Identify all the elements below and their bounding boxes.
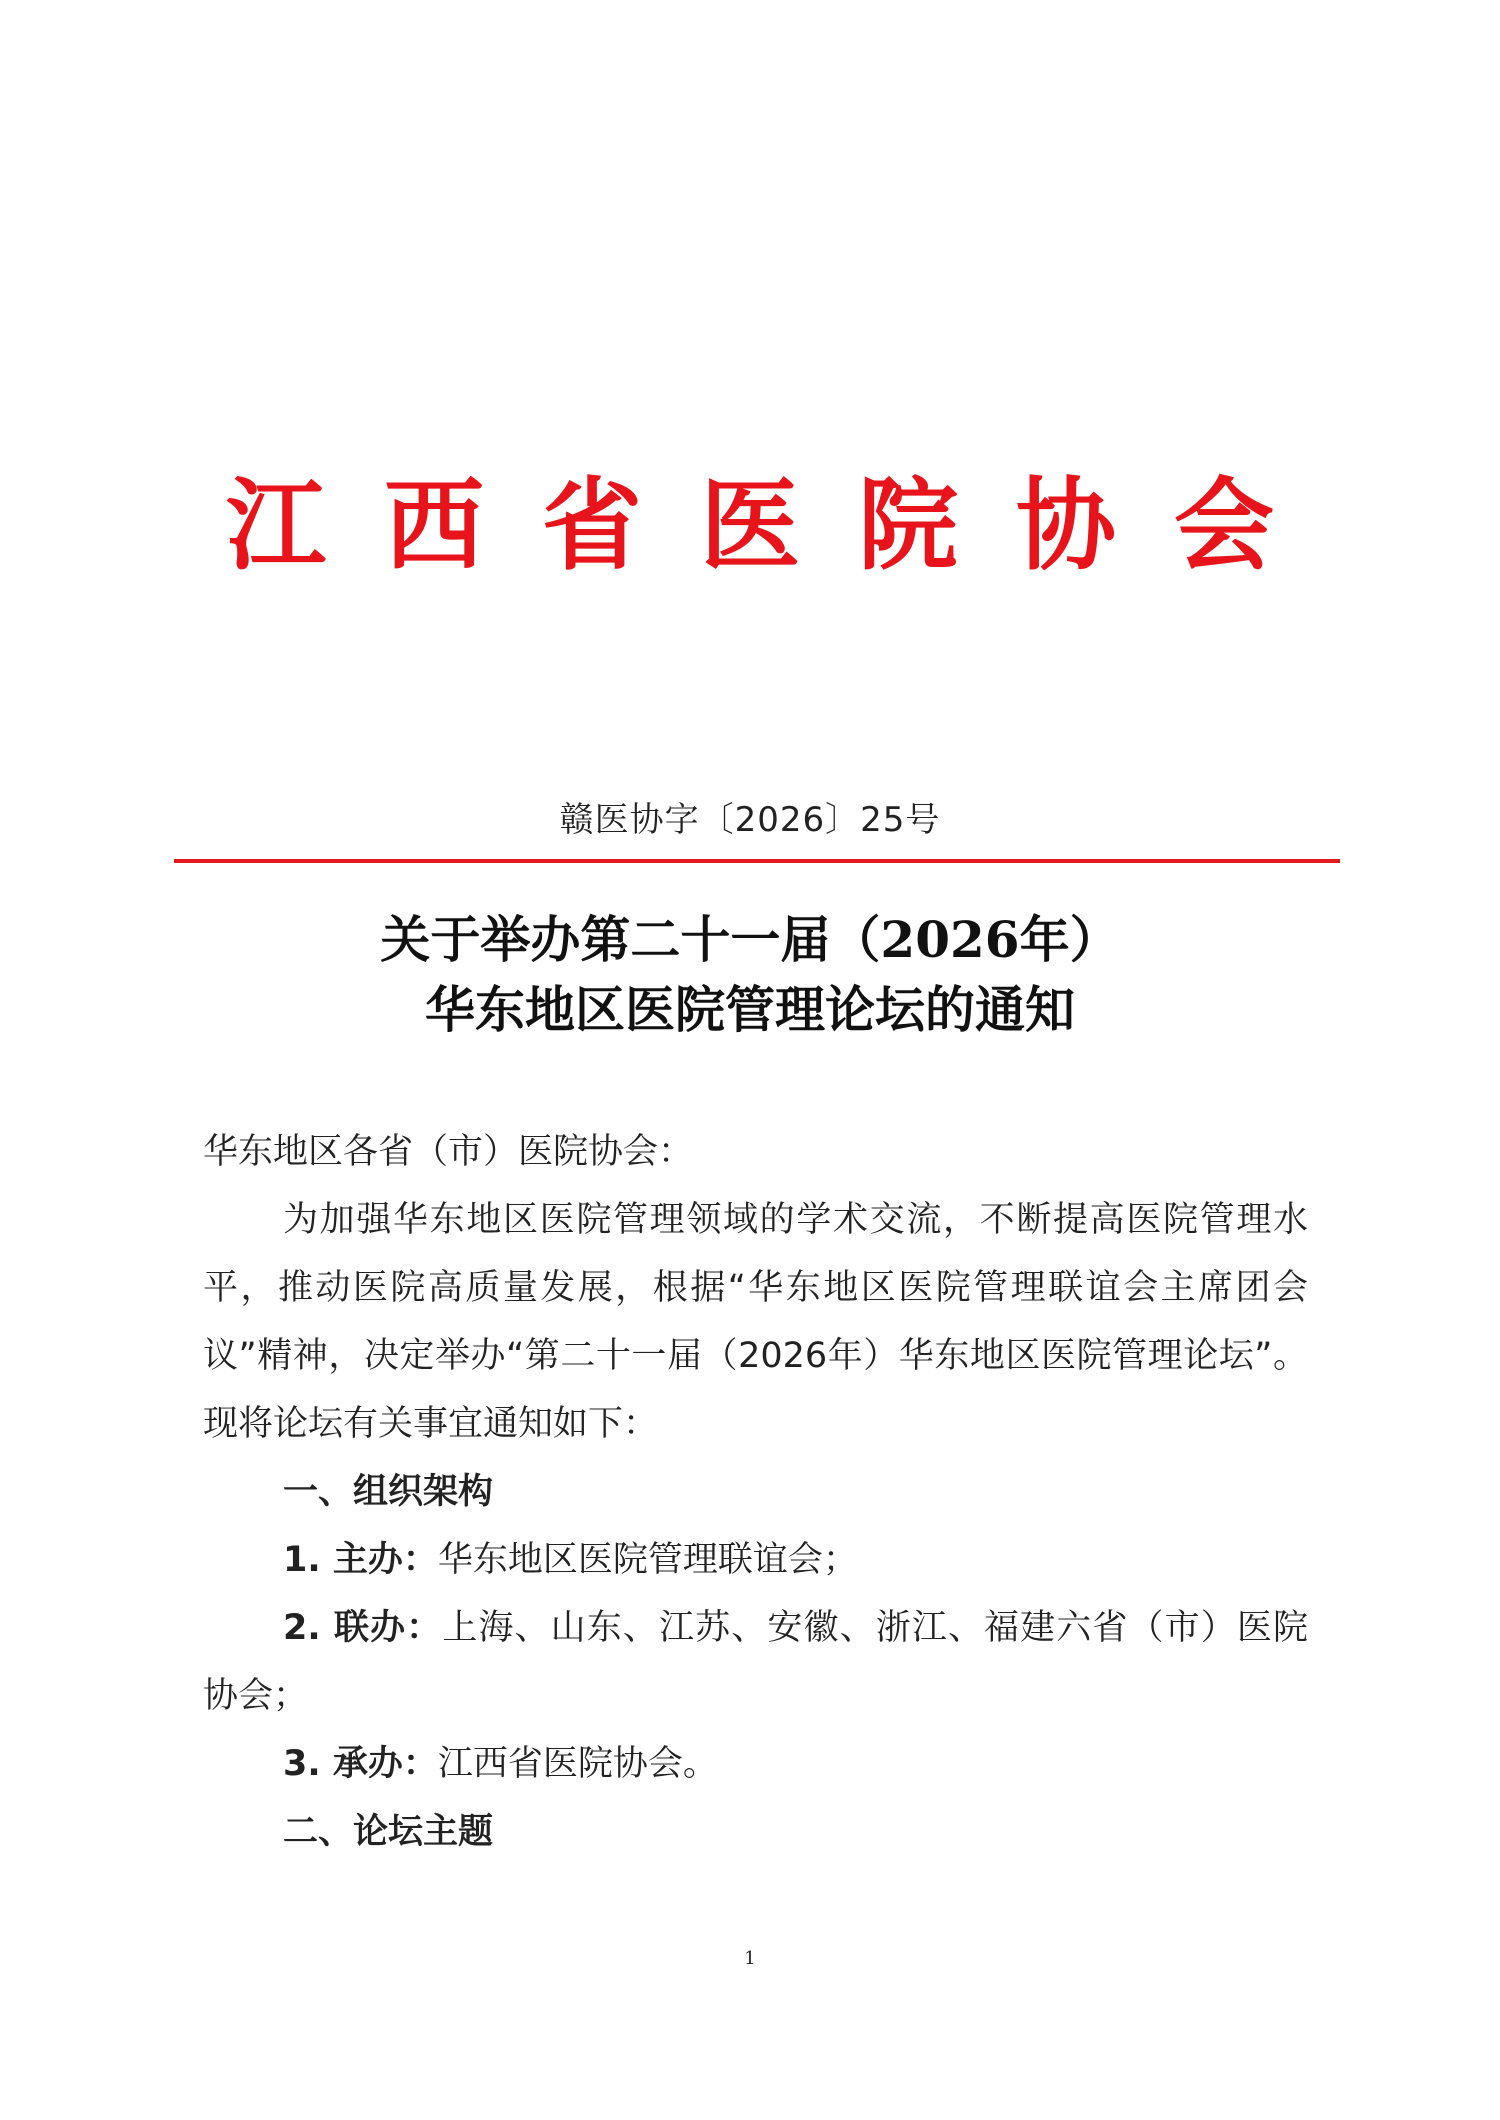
document-body: 华东地区各省（市）医院协会： 为加强华东地区医院管理领域的学术交流，不断提高医院… — [203, 1118, 1308, 1866]
document-title: 关于举办第二十一届（2026年） 华东地区医院管理论坛的通知 — [0, 905, 1500, 1045]
list-item-host: 1. 主办：华东地区医院管理联谊会； — [203, 1526, 1308, 1594]
document-number: 赣医协字〔2026〕25号 — [0, 795, 1500, 845]
list-item-co-host: 2. 联办：上海、山东、江苏、安徽、浙江、福建六省（市）医院协会； — [203, 1594, 1308, 1730]
section-heading-theme: 二、论坛主题 — [203, 1798, 1308, 1866]
page-number: 1 — [0, 1948, 1500, 1969]
organization-header: 江西省医院协会 — [0, 455, 1500, 595]
intro-paragraph: 为加强华东地区医院管理领域的学术交流，不断提高医院管理水平，推动医院高质量发展，… — [203, 1186, 1308, 1458]
item-label: 1. 主办： — [283, 1540, 438, 1580]
title-line-1: 关于举办第二十一届（2026年） — [0, 905, 1500, 975]
item-label: 2. 联办： — [283, 1608, 442, 1648]
red-divider-line — [174, 859, 1340, 863]
title-line-2: 华东地区医院管理论坛的通知 — [0, 975, 1500, 1045]
section-heading-organization: 一、组织架构 — [203, 1458, 1308, 1526]
list-item-organizer: 3. 承办：江西省医院协会。 — [203, 1730, 1308, 1798]
salutation: 华东地区各省（市）医院协会： — [203, 1118, 1308, 1186]
item-text: 江西省医院协会。 — [438, 1744, 718, 1784]
item-label: 3. 承办： — [283, 1744, 438, 1784]
item-text: 华东地区医院管理联谊会； — [438, 1540, 858, 1580]
